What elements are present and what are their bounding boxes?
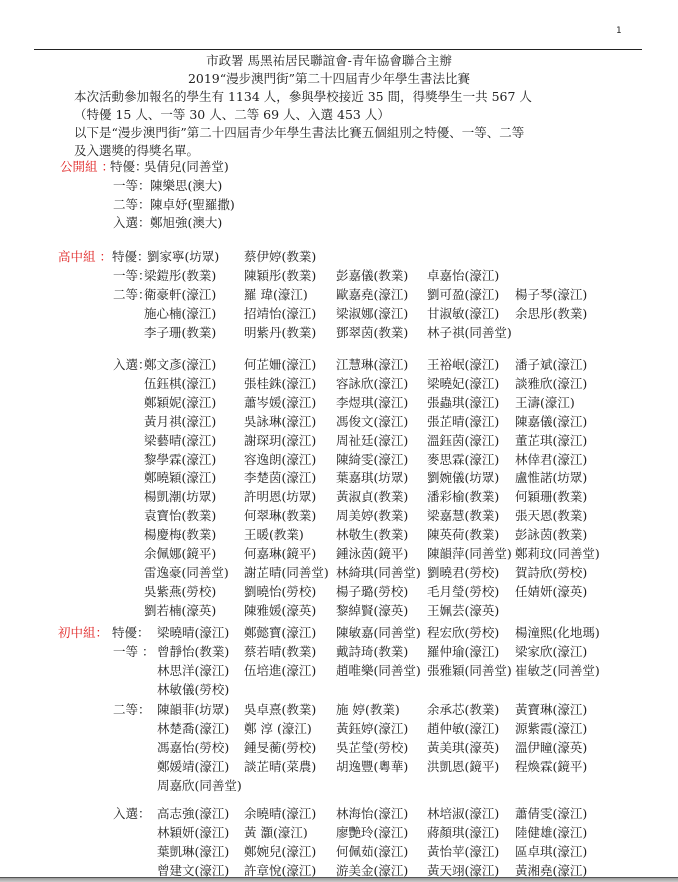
awardee-name: 梁曉妃(濠江)	[427, 375, 499, 393]
awardee-name: 陳綺雯(濠江)	[336, 451, 408, 469]
awardee-name: 蕭岑媛(濠江)	[244, 394, 316, 412]
awardee-name: 江慧琳(濠江)	[336, 356, 408, 374]
awardee-name: 麥思霖(濠江)	[427, 451, 499, 469]
category-label: 特優：	[112, 248, 150, 266]
awardee-name: 區卓琪(濠江)	[515, 843, 587, 861]
awardee-name: 林思洋(濠江)	[157, 662, 229, 680]
awardee-name: 容逸朗(濠江)	[244, 451, 316, 469]
awardee-name: 盧惟諾(坊眾)	[515, 469, 587, 487]
awardee-name: 劉婉儀(坊眾)	[427, 469, 499, 487]
awardee-name: 鄭旭強(澳大)	[150, 214, 222, 232]
awardee-name: 甘淑敏(濠江)	[427, 305, 499, 323]
awardee-name: 曾靜怡(教業)	[157, 643, 229, 661]
category-label: 入選：	[113, 214, 151, 232]
awardee-name: 趙仲敏(濠江)	[427, 720, 499, 738]
awardee-name: 余承芯(教業)	[427, 701, 499, 719]
awardee-name: 楊潼熙(化地瑪)	[515, 624, 600, 642]
awardee-name: 潘彩榆(教業)	[427, 488, 499, 506]
awardee-name: 陳英荷(教業)	[427, 526, 499, 544]
awardee-name: 何佩茹(濠江)	[336, 843, 408, 861]
awardee-name: 談雅欣(濠江)	[515, 375, 587, 393]
awardee-name: 林綺琪(同善堂)	[336, 564, 421, 582]
awardee-name: 彭嘉儀(教業)	[336, 267, 408, 285]
awardee-name: 黃寶琳(濠江)	[515, 701, 587, 719]
awardee-name: 陳韻菲(坊眾)	[157, 701, 229, 719]
awardee-name: 陳韻萍(同善堂)	[427, 545, 512, 563]
awardee-name: 陳卓妤(聖羅撒)	[150, 196, 235, 214]
group-label: 初中組：	[58, 624, 108, 642]
awardee-name: 吳芷瑩(勞校)	[336, 739, 408, 757]
awardee-name: 鄭文彥(濠江)	[144, 356, 216, 374]
category-label: 一等 ：	[113, 643, 154, 661]
awardee-name: 董芷琪(濠江)	[515, 432, 587, 450]
awardee-name: 蔡若晴(教業)	[244, 643, 316, 661]
awardee-name: 鄭穎妮(濠江)	[144, 394, 216, 412]
awardee-name: 胡逸豐(粵華)	[336, 758, 408, 776]
awardee-name: 黃鈺婷(濠江)	[336, 720, 408, 738]
awardee-name: 廖艷玲(濠江)	[336, 824, 408, 842]
event-title: 2019“漫步澳門街”第二十四屆青少年學生書法比賽	[0, 70, 668, 88]
awardee-name: 王濤(濠江)	[515, 394, 575, 412]
awardee-name: 陳嘉儀(濠江)	[515, 413, 587, 431]
viewer-bottom-edge	[0, 877, 678, 882]
awardee-name: 馮嘉怡(勞校)	[157, 739, 229, 757]
awardee-name: 張天恩(教業)	[515, 507, 587, 525]
category-label: 二等：	[113, 196, 151, 214]
awardee-name: 陳敏嘉(同善堂)	[336, 624, 421, 642]
awardee-name: 楊凱潮(坊眾)	[144, 488, 216, 506]
awardee-name: 張桂銖(濠江)	[244, 375, 316, 393]
awardee-name: 鄭婉兒(濠江)	[244, 843, 316, 861]
awardee-name: 蔡伊婷(教業)	[244, 248, 316, 266]
awardee-name: 馮俊文(濠江)	[336, 413, 408, 431]
awardee-name: 蕭倩雯(濠江)	[515, 805, 587, 823]
awardee-name: 潘子斌(濠江)	[515, 356, 587, 374]
awardee-name: 鄧翠茵(教業)	[336, 324, 408, 342]
category-label: 特優：	[110, 158, 148, 176]
page-number: 1	[616, 26, 621, 36]
awardee-name: 梁曉晴(濠江)	[157, 624, 229, 642]
awardee-name: 何穎珊(教業)	[515, 488, 587, 506]
awardee-name: 吳詠琳(濠江)	[244, 413, 316, 431]
awardee-name: 容詠欣(濠江)	[336, 375, 408, 393]
awardee-name: 明紫丹(教業)	[244, 324, 316, 342]
awardee-name: 余曉晴(濠江)	[244, 805, 316, 823]
awardee-name: 黃月祺(濠江)	[144, 413, 216, 431]
awardee-name: 周美婷(教業)	[336, 507, 408, 525]
awardee-name: 鍾旻蘅(勞校)	[244, 739, 316, 757]
awardee-name: 謝芷晴(同善堂)	[244, 564, 329, 582]
awardee-name: 林穎妍(濠江)	[157, 824, 229, 842]
awardee-name: 林培淑(濠江)	[427, 805, 499, 823]
awardee-name: 劉家寧(坊眾)	[147, 248, 219, 266]
awardee-name: 林海怡(濠江)	[336, 805, 408, 823]
awardee-name: 梁淑娜(濠江)	[336, 305, 408, 323]
awardee-name: 梁家欣(濠江)	[515, 643, 587, 661]
awardee-name: 王裕岷(濠江)	[427, 356, 499, 374]
awardee-name: 林敏儀(勞校)	[157, 681, 229, 699]
awardee-name: 張蟲琪(濠江)	[427, 394, 499, 412]
awardee-name: 劉可盈(濠江)	[427, 286, 499, 304]
awardee-name: 余思彤(教業)	[515, 305, 587, 323]
awardee-name: 賀詩欣(勞校)	[515, 564, 587, 582]
awardee-name: 談芷晴(菜農)	[244, 758, 316, 776]
awardee-name: 招靖怡(濠江)	[244, 305, 316, 323]
awardee-name: 洪凱恩(鏡平)	[427, 758, 499, 776]
awardee-name: 謝琛玥(濠江)	[244, 432, 316, 450]
group-label: 高中組 ：	[58, 248, 112, 266]
awardee-name: 伍鈺棋(濠江)	[144, 375, 216, 393]
awardee-name: 周祉廷(濠江)	[336, 432, 408, 450]
awardee-name: 李子珊(教業)	[144, 324, 216, 342]
awardee-name: 陸健雄(濠江)	[515, 824, 587, 842]
awardee-name: 王姵芸(濠英)	[427, 602, 499, 620]
awardee-name: 劉若楠(濠英)	[144, 602, 216, 620]
awardee-name: 鄭懿寶(濠江)	[244, 624, 316, 642]
awardee-name: 戴詩琦(教業)	[336, 643, 408, 661]
awardee-name: 許明恩(坊眾)	[244, 488, 316, 506]
awardee-name: 高志強(濠江)	[157, 805, 229, 823]
awardee-name: 張雅穎(同善堂)	[427, 662, 512, 680]
awardee-name: 李楚茵(濠江)	[244, 469, 316, 487]
awardee-name: 陳雅媛(濠英)	[244, 602, 316, 620]
awardee-name: 黃淑貞(教業)	[336, 488, 408, 506]
header-rule	[34, 49, 642, 50]
awardee-name: 林敬生(教業)	[336, 526, 408, 544]
awardee-name: 黃 灝(濠江)	[244, 824, 308, 842]
intro-line-2: （特優 15 人、一等 30 人、二等 69 人、入選 453 人）	[74, 106, 390, 124]
intro-line-3: 以下是“漫步澳門街”第二十四屆青少年學生書法比賽五個組別之特優、一等、二等	[74, 124, 524, 142]
awardee-name: 卓嘉怡(濠江)	[427, 267, 499, 285]
awardee-name: 楊慶梅(教業)	[144, 526, 216, 544]
awardee-name: 鄭莉玟(同善堂)	[515, 545, 600, 563]
awardee-name: 余佩娜(鏡平)	[144, 545, 216, 563]
awardee-name: 林楚喬(濠江)	[157, 720, 229, 738]
awardee-name: 衛豪軒(濠江)	[144, 286, 216, 304]
awardee-name: 吳紫燕(勞校)	[144, 583, 216, 601]
awardee-name: 程宏欣(勞校)	[427, 624, 499, 642]
awardee-name: 雷逸豪(同善堂)	[144, 564, 229, 582]
awardee-name: 黃美琪(濠英)	[427, 739, 499, 757]
awardee-name: 源紫霞(濠江)	[515, 720, 587, 738]
category-label: 二等：	[113, 701, 151, 719]
awardee-name: 鄭媛靖(濠江)	[157, 758, 229, 776]
awardee-name: 陳穎彤(教業)	[244, 267, 316, 285]
awardee-name: 黎綽賢(濠英)	[336, 602, 408, 620]
awardee-name: 程煥霖(鏡平)	[515, 758, 587, 776]
awardee-name: 劉曉君(勞校)	[427, 564, 499, 582]
awardee-name: 伍培進(濠江)	[244, 662, 316, 680]
awardee-name: 何芷姍(濠江)	[244, 356, 316, 374]
awardee-name: 何嘉琳(鏡平)	[244, 545, 316, 563]
group-label: 公開組 ：	[60, 158, 114, 176]
awardee-name: 鍾泳茵(鏡平)	[336, 545, 408, 563]
awardee-name: 梁嘉慧(教業)	[427, 507, 499, 525]
awardee-name: 周嘉欣(同善堂)	[157, 777, 242, 795]
awardee-name: 吳倩兒(同善堂)	[144, 158, 229, 176]
awardee-name: 李煜琪(濠江)	[336, 394, 408, 412]
awardee-name: 任婧妍(濠英)	[515, 583, 587, 601]
awardee-name: 鄭 淳 (濠江)	[244, 720, 312, 738]
awardee-name: 張芷晴(濠江)	[427, 413, 499, 431]
awardee-name: 陳樂思(澳大)	[150, 177, 222, 195]
awardee-name: 蔣顏琪(濠江)	[427, 824, 499, 842]
awardee-name: 袁寶怡(教業)	[144, 507, 216, 525]
awardee-name: 彭詠茵(教業)	[515, 526, 587, 544]
awardee-name: 毛月瑩(勞校)	[427, 583, 499, 601]
awardee-name: 趙唯樂(同善堂)	[336, 662, 421, 680]
organizers-line: 市政署 馬黑祐居民聯誼會-青年協會聯合主辦	[0, 52, 668, 70]
awardee-name: 羅 瑋(濠江)	[244, 286, 308, 304]
awardee-name: 王暖(教業)	[244, 526, 304, 544]
awardee-name: 黃怡苹(濠江)	[427, 843, 499, 861]
awardee-name: 林子祺(同善堂)	[427, 324, 512, 342]
awardee-name: 鄭曉穎(濠江)	[144, 469, 216, 487]
awardee-name: 林倖君(濠江)	[515, 451, 587, 469]
category-label: 一等：	[113, 177, 151, 195]
awardee-name: 梁藝晴(濠江)	[144, 432, 216, 450]
awardee-name: 葉嘉琪(坊眾)	[336, 469, 408, 487]
awardee-name: 崔敏芝(同善堂)	[515, 662, 600, 680]
awardee-name: 羅仲瑜(濠江)	[427, 643, 499, 661]
awardee-name: 何翠琳(教業)	[244, 507, 316, 525]
category-label: 特優：	[112, 624, 150, 642]
awardee-name: 楊子璐(勞校)	[336, 583, 408, 601]
category-label: 入選：	[113, 805, 151, 823]
awardee-name: 葉凱琳(濠江)	[157, 843, 229, 861]
awardee-name: 歐嘉堯(濠江)	[336, 286, 408, 304]
awardee-name: 楊子琴(濠江)	[515, 286, 587, 304]
awardee-name: 施心楠(濠江)	[144, 305, 216, 323]
awardee-name: 溫伊瞳(濠英)	[515, 739, 587, 757]
awardee-name: 劉曉怡(勞校)	[244, 583, 316, 601]
awardee-name: 吳卓熹(教業)	[244, 701, 316, 719]
awardee-name: 施 婷(教業)	[336, 701, 400, 719]
awardee-name: 溫鈺茵(濠江)	[427, 432, 499, 450]
awardee-name: 黎學霖(濠江)	[144, 451, 216, 469]
intro-line-1: 本次活動參加報名的學生有 1134 人，參與學校接近 35 間，得獎學生一共 5…	[74, 88, 532, 106]
awardee-name: 梁鎧彤(教業)	[144, 267, 216, 285]
